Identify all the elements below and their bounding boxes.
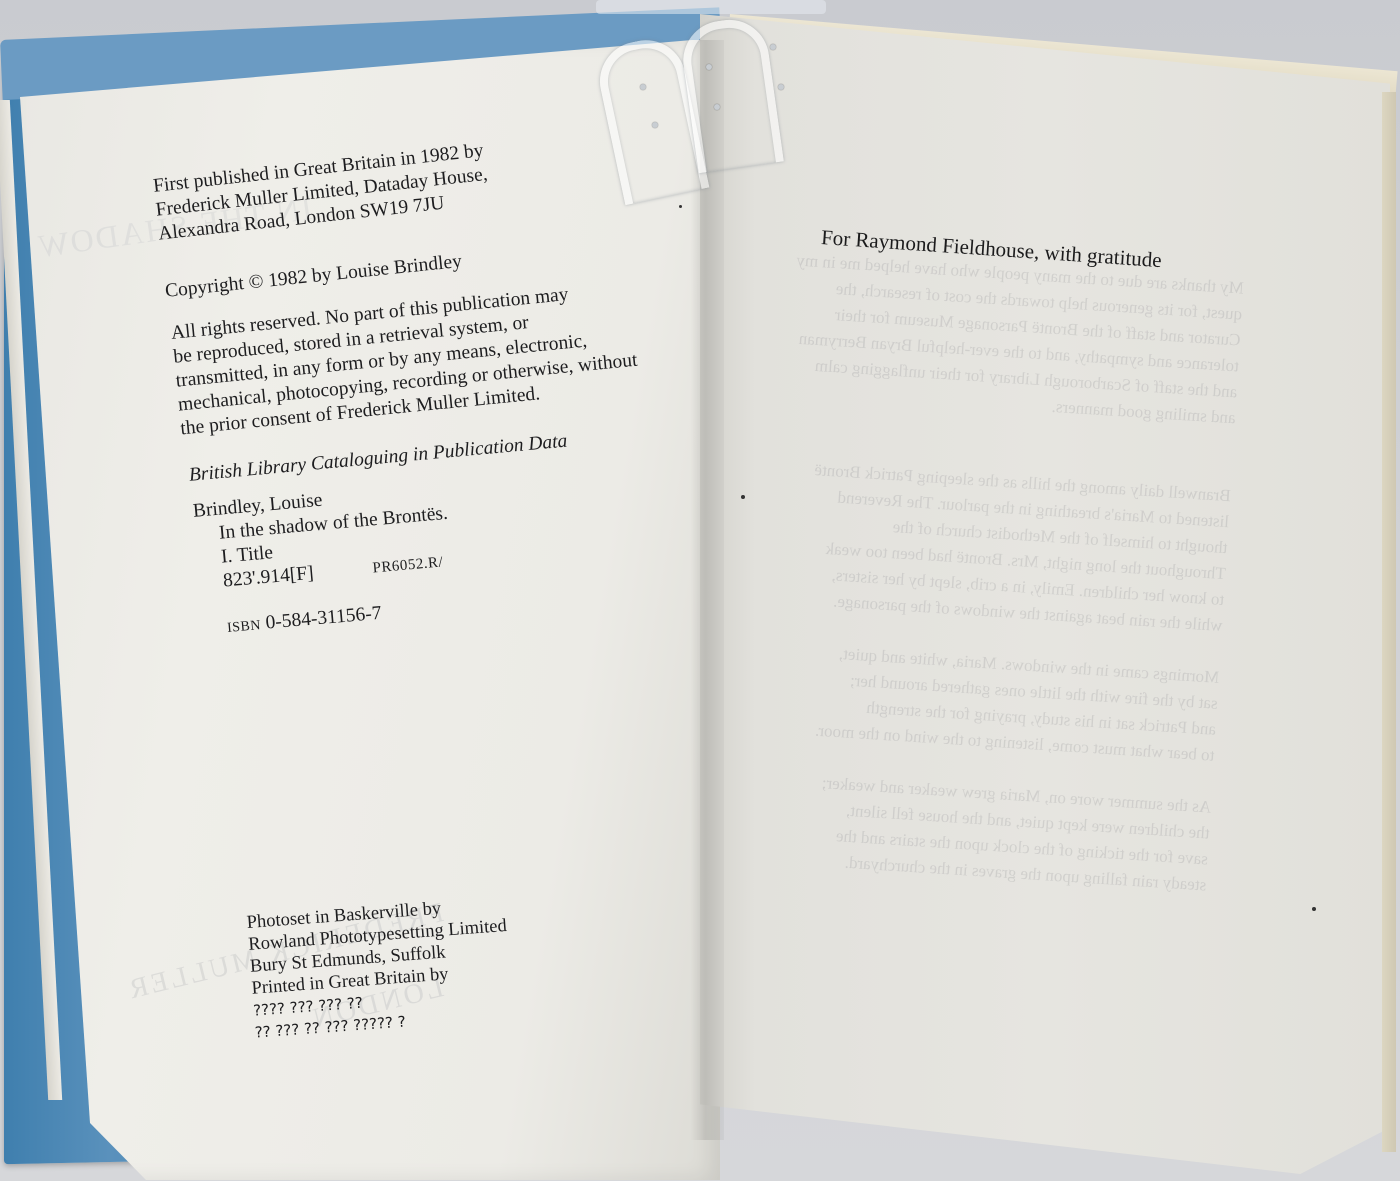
paper-speck <box>679 205 682 208</box>
printing-statement: Photoset in Baskerville by Rowland Photo… <box>246 893 514 1044</box>
clip-stud <box>652 122 658 128</box>
paper-speck <box>741 495 745 499</box>
clip-stud <box>778 84 784 90</box>
clip-stud <box>640 84 646 90</box>
paper-speck <box>1312 907 1316 911</box>
clip-stud <box>714 104 720 110</box>
clip-stud <box>706 64 712 70</box>
clip-stud <box>770 44 776 50</box>
book-gutter <box>690 40 724 1140</box>
isbn-label: ISBN <box>227 618 262 636</box>
page-block-side-edge <box>1382 92 1396 1152</box>
open-book-photo: IN THE SHADOW FREDERICK MULLER LONDON My… <box>0 0 1400 1181</box>
page-clip-icon <box>596 0 826 200</box>
show-through-text: My thanks are due to the many people who… <box>758 248 1244 899</box>
clip-base <box>596 0 826 14</box>
